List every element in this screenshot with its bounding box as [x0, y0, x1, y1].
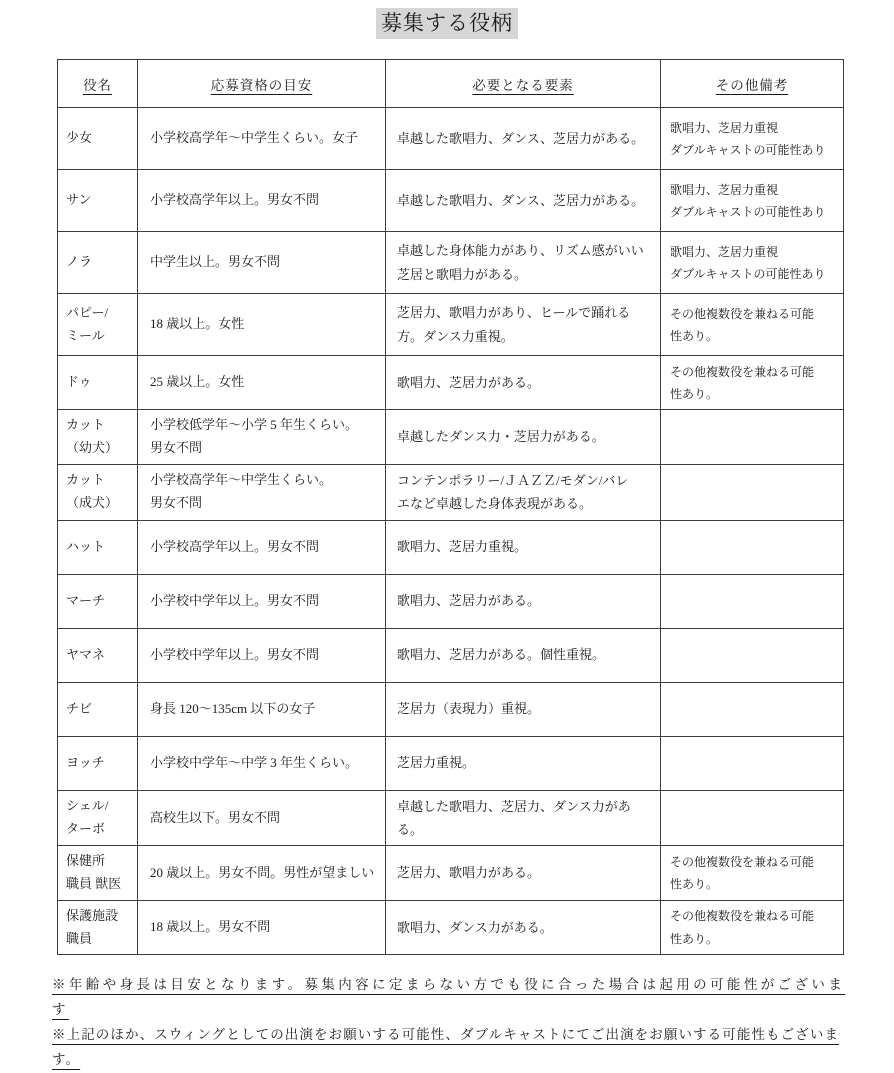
cell-elements: 芝居力（表現力）重視。 [386, 682, 661, 736]
table-row: パピー/ ミール 18 歳以上。女性 芝居力、歌唱力があり、ヒールで踊れる 方。… [58, 294, 844, 356]
cell-qualification: 20 歳以上。男女不問。男性が望ましい [138, 846, 386, 901]
cell-role: マーチ [58, 574, 138, 628]
cell-qualification: 小学校高学年以上。男女不問 [138, 520, 386, 574]
cell-elements: 卓越したダンス力・芝居力がある。 [386, 410, 661, 465]
table-row: シェル/ ターボ 高校生以下。男女不問 卓越した歌唱力、芝居力、ダンス力があ る… [58, 790, 844, 846]
cell-elements: 卓越した歌唱力、ダンス、芝居力がある。 [386, 108, 661, 170]
cell-qualification: 中学生以上。男女不問 [138, 232, 386, 294]
table-row: ヤマネ 小学校中学年以上。男女不問 歌唱力、芝居力がある。個性重視。 [58, 628, 844, 682]
cell-remarks: その他複数役を兼ねる可能 性あり。 [661, 846, 844, 901]
cell-remarks: その他複数役を兼ねる可能 性あり。 [661, 900, 844, 955]
cell-elements: 卓越した身体能力があり、リズム感がいい 芝居と歌唱力がある。 [386, 232, 661, 294]
cell-role: ノラ [58, 232, 138, 294]
cell-role: 少女 [58, 108, 138, 170]
cell-remarks: 歌唱力、芝居力重視 ダブルキャストの可能性あり [661, 170, 844, 232]
cell-remarks: その他複数役を兼ねる可能 性あり。 [661, 294, 844, 356]
cell-role: 保健所 職員 獣医 [58, 846, 138, 901]
table-body: 少女 小学校高学年〜中学生くらい。女子 卓越した歌唱力、ダンス、芝居力がある。 … [58, 108, 844, 955]
cell-qualification: 小学校高学年以上。男女不問 [138, 170, 386, 232]
cell-elements: 歌唱力、芝居力がある。 [386, 574, 661, 628]
cell-role: ハット [58, 520, 138, 574]
title-row: 募集する役柄 [0, 8, 894, 39]
cell-role: カット （成犬） [58, 464, 138, 520]
roles-table: 役名 応募資格の目安 必要となる要素 その他備考 少女 小学校高学年〜中学生くら… [57, 59, 844, 955]
table-row: カット （成犬） 小学校高学年〜中学生くらい。 男女不問 コンテンポラリー/ＪＡ… [58, 464, 844, 520]
column-header-remarks: その他備考 [661, 60, 844, 108]
table-row: マーチ 小学校中学年以上。男女不問 歌唱力、芝居力がある。 [58, 574, 844, 628]
cell-elements: 歌唱力、芝居力重視。 [386, 520, 661, 574]
footnote-age-height: ※年齢や身長は目安となります。募集内容に定まらない方でも役に合った場合は起用の可… [52, 973, 848, 1023]
cell-remarks [661, 682, 844, 736]
cell-role: 保護施設 職員 [58, 900, 138, 955]
table-row: 少女 小学校高学年〜中学生くらい。女子 卓越した歌唱力、ダンス、芝居力がある。 … [58, 108, 844, 170]
footnote-swing-doublecast: ※上記のほか、スウィングとしての出演をお願いする可能性、ダブルキャストにてご出演… [52, 1023, 848, 1073]
cell-role: ヤマネ [58, 628, 138, 682]
cell-qualification: 小学校中学年〜中学 3 年生くらい。 [138, 736, 386, 790]
cell-qualification: 小学校高学年〜中学生くらい。 男女不問 [138, 464, 386, 520]
cell-remarks [661, 574, 844, 628]
cell-qualification: 小学校中学年以上。男女不問 [138, 574, 386, 628]
cell-remarks: 歌唱力、芝居力重視 ダブルキャストの可能性あり [661, 108, 844, 170]
column-header-role: 役名 [58, 60, 138, 108]
cell-elements: 卓越した歌唱力、芝居力、ダンス力があ る。 [386, 790, 661, 846]
table-row: ドゥ 25 歳以上。女性 歌唱力、芝居力がある。 その他複数役を兼ねる可能 性あ… [58, 356, 844, 410]
cell-elements: 歌唱力、ダンス力がある。 [386, 900, 661, 955]
cell-qualification: 高校生以下。男女不問 [138, 790, 386, 846]
cell-qualification: 18 歳以上。男女不問 [138, 900, 386, 955]
cell-elements: 芝居力、歌唱力があり、ヒールで踊れる 方。ダンス力重視。 [386, 294, 661, 356]
cell-remarks: その他複数役を兼ねる可能 性あり。 [661, 356, 844, 410]
footnotes: ※年齢や身長は目安となります。募集内容に定まらない方でも役に合った場合は起用の可… [52, 973, 848, 1073]
cell-qualification: 25 歳以上。女性 [138, 356, 386, 410]
cell-role: シェル/ ターボ [58, 790, 138, 846]
cell-qualification: 小学校低学年〜小学 5 年生くらい。 男女不問 [138, 410, 386, 465]
cell-elements: 歌唱力、芝居力がある。個性重視。 [386, 628, 661, 682]
column-header-elements: 必要となる要素 [386, 60, 661, 108]
cell-qualification: 18 歳以上。女性 [138, 294, 386, 356]
cell-role: カット （幼犬） [58, 410, 138, 465]
cell-qualification: 小学校中学年以上。男女不問 [138, 628, 386, 682]
cell-remarks [661, 520, 844, 574]
cell-role: チビ [58, 682, 138, 736]
table-row: 保健所 職員 獣医 20 歳以上。男女不問。男性が望ましい 芝居力、歌唱力がある… [58, 846, 844, 901]
cell-elements: コンテンポラリー/ＪＡＺＺ/モダン/バレ エなど卓越した身体表現がある。 [386, 464, 661, 520]
cell-qualification: 身長 120〜135cm 以下の女子 [138, 682, 386, 736]
cell-remarks [661, 410, 844, 465]
cell-elements: 卓越した歌唱力、ダンス、芝居力がある。 [386, 170, 661, 232]
cell-remarks [661, 464, 844, 520]
cell-elements: 歌唱力、芝居力がある。 [386, 356, 661, 410]
table-row: チビ 身長 120〜135cm 以下の女子 芝居力（表現力）重視。 [58, 682, 844, 736]
cell-remarks [661, 736, 844, 790]
column-header-qualification: 応募資格の目安 [138, 60, 386, 108]
cell-qualification: 小学校高学年〜中学生くらい。女子 [138, 108, 386, 170]
table-row: カット （幼犬） 小学校低学年〜小学 5 年生くらい。 男女不問 卓越したダンス… [58, 410, 844, 465]
cell-elements: 芝居力、歌唱力がある。 [386, 846, 661, 901]
cell-role: ヨッチ [58, 736, 138, 790]
cell-role: ドゥ [58, 356, 138, 410]
table-row: ヨッチ 小学校中学年〜中学 3 年生くらい。 芝居力重視。 [58, 736, 844, 790]
table-row: サン 小学校高学年以上。男女不問 卓越した歌唱力、ダンス、芝居力がある。 歌唱力… [58, 170, 844, 232]
cell-remarks [661, 628, 844, 682]
cell-remarks [661, 790, 844, 846]
page-title: 募集する役柄 [376, 8, 518, 39]
table-row: ハット 小学校高学年以上。男女不問 歌唱力、芝居力重視。 [58, 520, 844, 574]
table-row: ノラ 中学生以上。男女不問 卓越した身体能力があり、リズム感がいい 芝居と歌唱力… [58, 232, 844, 294]
table-row: 保護施設 職員 18 歳以上。男女不問 歌唱力、ダンス力がある。 その他複数役を… [58, 900, 844, 955]
cell-role: パピー/ ミール [58, 294, 138, 356]
table-header-row: 役名 応募資格の目安 必要となる要素 その他備考 [58, 60, 844, 108]
cell-elements: 芝居力重視。 [386, 736, 661, 790]
cell-remarks: 歌唱力、芝居力重視 ダブルキャストの可能性あり [661, 232, 844, 294]
cell-role: サン [58, 170, 138, 232]
document-page: 募集する役柄 役名 応募資格の目安 必要となる要素 その他備考 少女 小学校高学… [0, 0, 894, 1024]
